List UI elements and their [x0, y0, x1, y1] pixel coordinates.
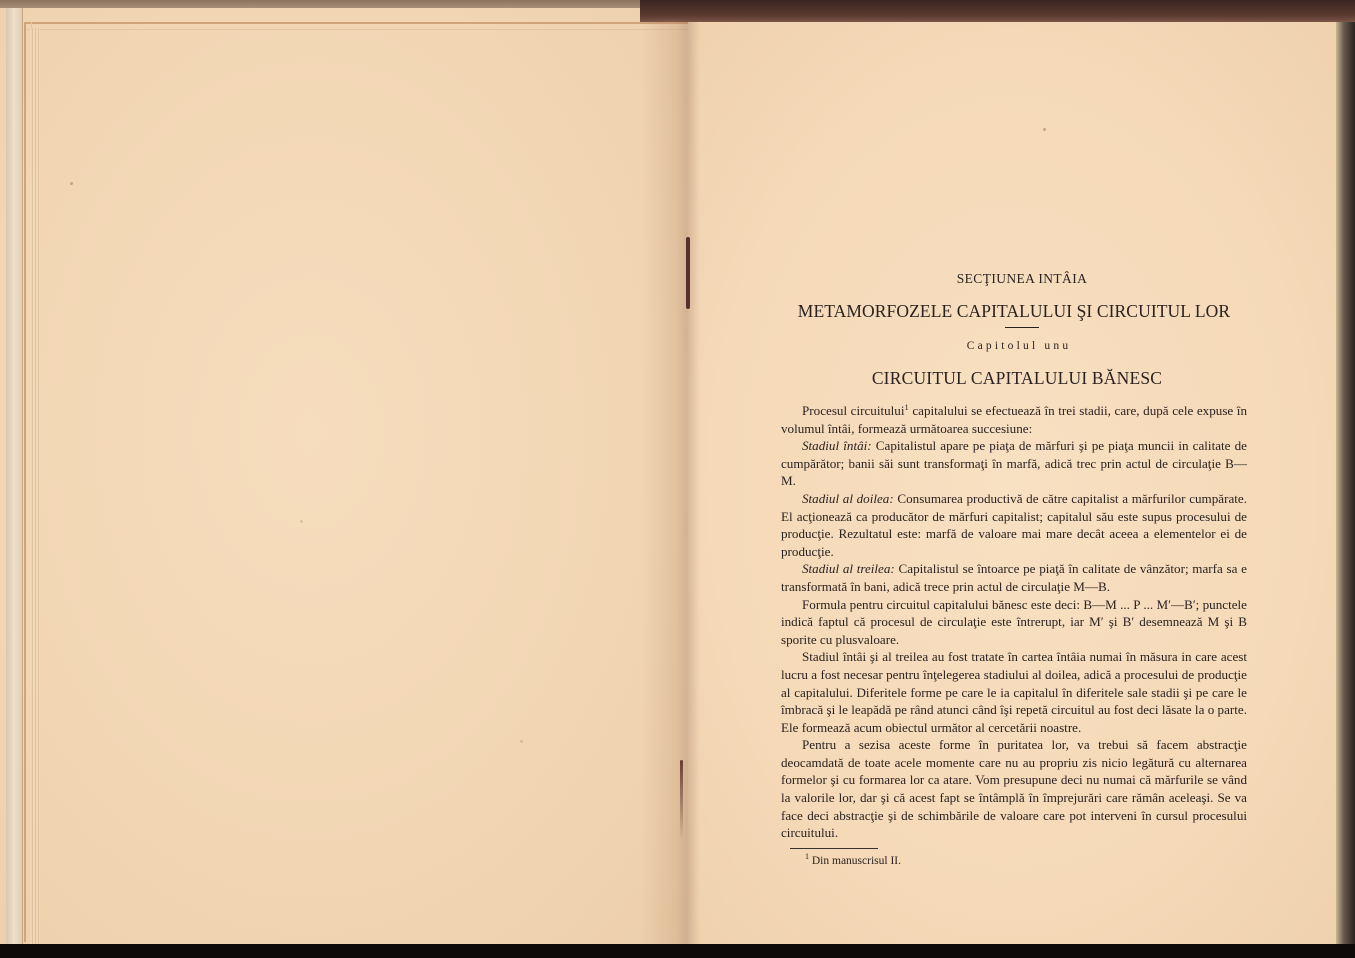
page-stack-edges	[30, 28, 40, 948]
footnote: 1 Din manuscrisul II.	[781, 853, 1247, 869]
footnote-marker: 1	[805, 852, 809, 861]
footnote-text: Din manuscrisul II.	[812, 855, 901, 867]
stage-heading: Stadiul întâi:	[802, 438, 872, 453]
paragraph: Procesul circuitului1 capitalului se efe…	[781, 402, 1247, 437]
right-page-text: SECŢIUNEA INTÂIA METAMORFOZELE CAPITALUL…	[781, 268, 1247, 869]
stage-heading: Stadiul al doilea:	[802, 491, 894, 506]
chapter-title: CIRCUITUL CAPITALULUI BĂNESC	[781, 366, 1247, 390]
paragraph-lead: Procesul circuitului	[802, 403, 905, 418]
right-cover-edge	[1336, 22, 1355, 944]
section-title: METAMORFOZELE CAPITALULUI ŞI CIRCUITUL L…	[781, 298, 1247, 324]
paragraph: Pentru a sezisa aceste forme în puritate…	[781, 736, 1247, 842]
paper-speck	[1043, 128, 1046, 131]
paragraph: Stadiul întâi şi al treilea au fost trat…	[781, 648, 1247, 736]
paragraph: Stadiul al doilea: Consumarea productivă…	[781, 490, 1247, 560]
paper-speck	[520, 740, 523, 743]
paper-speck	[70, 182, 73, 185]
paper-speck	[300, 520, 303, 523]
body-text: Procesul circuitului1 capitalului se efe…	[781, 402, 1247, 842]
book-cover-top-edge	[640, 0, 1355, 22]
book-scan: SECŢIUNEA INTÂIA METAMORFOZELE CAPITALUL…	[0, 0, 1355, 958]
scan-background-bottom	[0, 944, 1355, 958]
footnote-divider	[790, 848, 878, 849]
book-gutter	[640, 20, 700, 950]
paragraph: Stadiul întâi: Capitalistul apare pe pia…	[781, 437, 1247, 490]
stage-heading: Stadiul al treilea:	[802, 561, 895, 576]
gutter-binding-mark-lower	[680, 760, 683, 840]
gutter-binding-mark	[686, 237, 690, 309]
paragraph: Formula pentru circuitul capitalului băn…	[781, 596, 1247, 649]
paragraph: Stadiul al treilea: Capitalistul se înto…	[781, 560, 1247, 595]
title-divider	[1005, 327, 1039, 328]
chapter-label: Capitolul unu	[781, 338, 1247, 354]
left-page-top-border	[24, 22, 690, 30]
left-page-blank	[0, 8, 690, 950]
left-cover-edge	[6, 8, 23, 946]
section-label: SECŢIUNEA INTÂIA	[781, 268, 1247, 290]
